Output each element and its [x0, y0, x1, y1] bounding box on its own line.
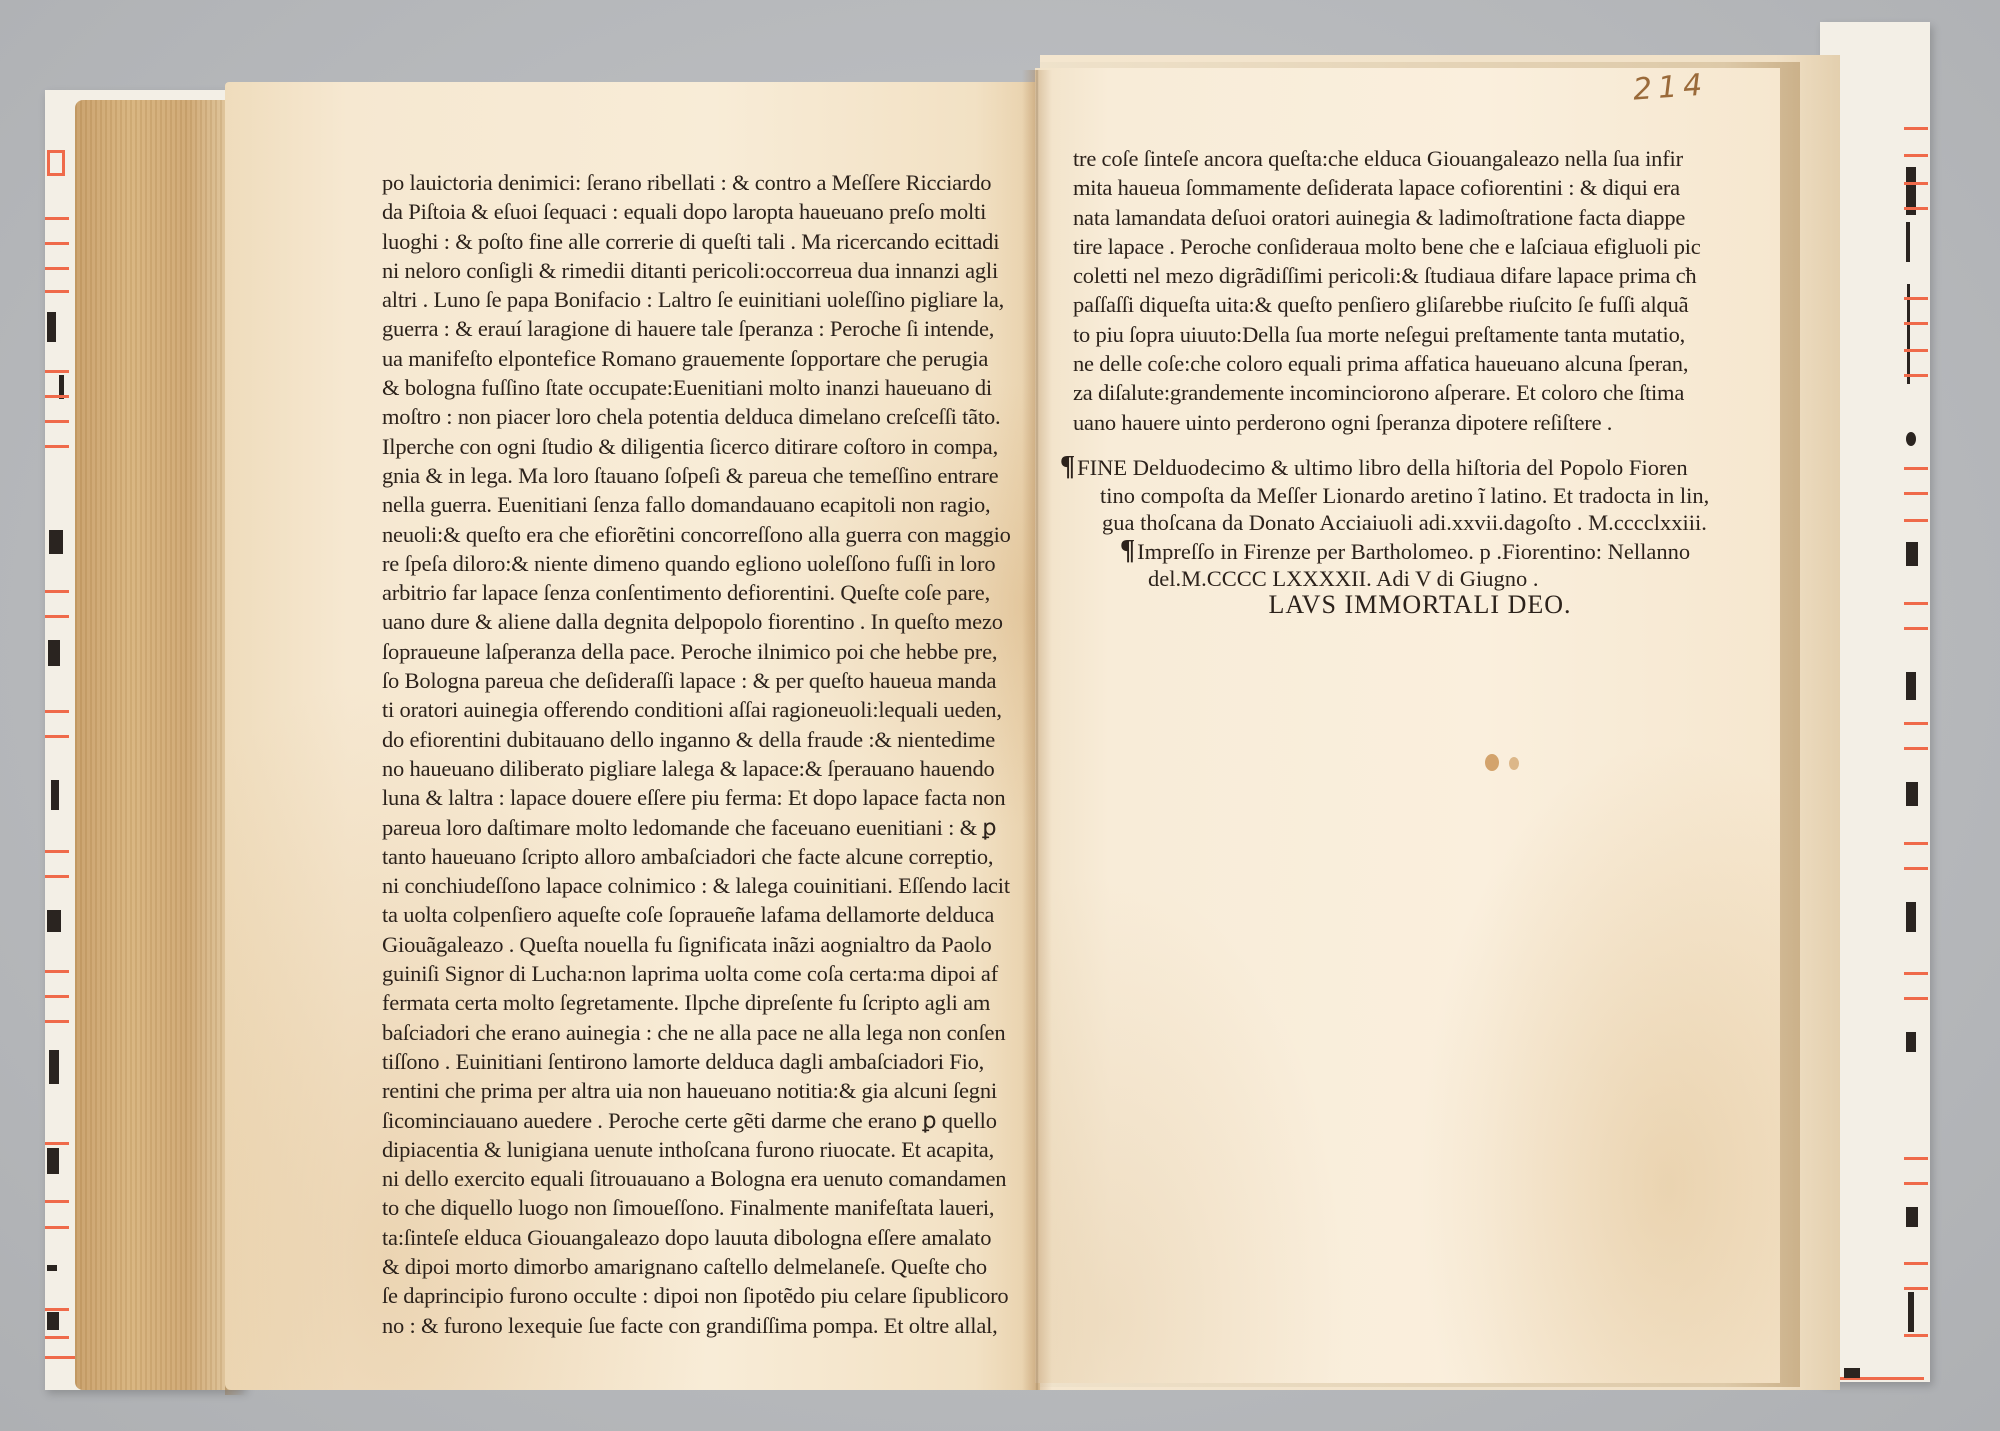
left-page-text: po lauictoria denimici: ſerano ribellati… — [382, 168, 1011, 1340]
text-line: tre coſe ſinteſe ancora queſta:che elduc… — [1073, 144, 1701, 173]
text-line: moſtro : non piacer loro chela potentia … — [382, 402, 1011, 431]
text-line: tiſſono . Euinitiani ſentirono lamorte d… — [382, 1047, 1011, 1076]
text-line: coletti nel mezo digrãdiſſimi pericoli:&… — [1073, 261, 1701, 290]
text-line: uano dure & aliene dalla degnita delpopo… — [382, 607, 1011, 636]
book-gutter — [1022, 70, 1052, 1390]
text-line: paſſaſſi diqueſta uita:& queſto penſiero… — [1073, 290, 1701, 319]
text-line: ta:ſinteſe elduca Giouangaleazo dopo lau… — [382, 1223, 1011, 1252]
text-line: luoghi : & poſto fine alle correrie di q… — [382, 227, 1011, 256]
text-line: fermata certa molto ſegretamente. Ilpche… — [382, 988, 1011, 1017]
decorative-stripe-right — [1904, 22, 1930, 1382]
text-line: da Piſtoia & eſuoi ſequaci : equali dopo… — [382, 197, 1011, 226]
text-line: to piu ſopra uiuuto:Della ſua morte neſe… — [1073, 320, 1701, 349]
foxing-stain — [1485, 754, 1499, 771]
pilcrow-icon: ¶ — [1120, 535, 1135, 566]
text-line: no haueuano diliberato pigliare lalega &… — [382, 754, 1011, 783]
text-line: ni dello exercito equali ſitrouauano a B… — [382, 1164, 1011, 1193]
folio-number: 214 — [1632, 67, 1710, 107]
text-line: guiniſi Signor di Lucha:non laprima uolt… — [382, 959, 1011, 988]
text-line: baſciadori che erano auinegia : che ne a… — [382, 1018, 1011, 1047]
colophon-text: FINE Delduodecimo & ultimo libro della h… — [1077, 455, 1688, 480]
text-line: ni neloro conſigli & rimedii ditanti per… — [382, 256, 1011, 285]
text-line: neuoli:& queſto era che efiorẽtini conco… — [382, 520, 1011, 549]
text-line: nata lamandata deſuoi oratori auinegia &… — [1073, 203, 1701, 232]
colophon-line: gua thoſcana da Donato Acciaiuoli adi.xx… — [1060, 509, 1760, 537]
colophon-line: ¶Impreſſo in Firenze per Bartholomeo. p … — [1060, 537, 1760, 566]
text-line: po lauictoria denimici: ſerano ribellati… — [382, 168, 1011, 197]
text-line: & bologna fuſſino ſtate occupate:Eueniti… — [382, 373, 1011, 402]
decorative-stripe-left — [45, 90, 71, 1390]
text-line: ſicominciauano auedere . Peroche certe g… — [382, 1106, 1011, 1135]
text-line: rentini che prima per altra uia non haue… — [382, 1076, 1011, 1105]
text-line: altri . Luno ſe papa Bonifacio : Laltro … — [382, 285, 1011, 314]
text-line: ne delle coſe:che coloro equali prima af… — [1073, 349, 1701, 378]
colophon-text: Impreſſo in Firenze per Bartholomeo. p .… — [1137, 539, 1690, 564]
text-line: ſe daprincipio furono occulte : dipoi no… — [382, 1281, 1011, 1310]
text-line: Giouãgaleazo . Queſta nouella fu ſignifi… — [382, 930, 1011, 959]
text-line: mita haueua ſommamente deſiderata lapace… — [1073, 173, 1701, 202]
text-line: luna & laltra : lapace douere eſſere piu… — [382, 783, 1011, 812]
text-line: do efiorentini dubitauano dello inganno … — [382, 725, 1011, 754]
text-line: to che diquello luogo non ſimoueſſono. F… — [382, 1193, 1011, 1222]
text-line: no : & furono lexequie ſue facte con gra… — [382, 1311, 1011, 1340]
colophon-line: tino compoſta da Meſſer Lionardo aretino… — [1060, 482, 1760, 510]
colophon-line: del.M.CCCC LXXXXII. Adi V di Giugno . — [1060, 565, 1760, 593]
text-line: ta uolta colpenſiero aqueſte coſe ſoprau… — [382, 900, 1011, 929]
text-line: ua manifeſto elpontefice Romano grauemen… — [382, 344, 1011, 373]
foxing-stain — [1509, 757, 1519, 770]
right-page-text: tre coſe ſinteſe ancora queſta:che elduc… — [1073, 144, 1701, 437]
closing-invocation: LAVS IMMORTALI DEO. — [1000, 590, 1840, 620]
text-line: re ſpeſa diloro:& niente dimeno quando e… — [382, 549, 1011, 578]
fore-edge-page-block — [75, 100, 235, 1390]
text-line: tire lapace . Peroche conſideraua molto … — [1073, 232, 1701, 261]
text-line: dipiacentia & lunigiana uenute inthoſcan… — [382, 1135, 1011, 1164]
text-line: ni conchiudeſſono lapace colnimico : & l… — [382, 871, 1011, 900]
text-line: Ilperche con ogni ſtudio & diligentia ſi… — [382, 432, 1011, 461]
text-line: ti oratori auinegia offerendo conditioni… — [382, 695, 1011, 724]
text-line: guerra : & erauí laragione di hauere tal… — [382, 314, 1011, 343]
text-line: nella guerra. Euenitiani ſenza fallo dom… — [382, 490, 1011, 519]
colophon: ¶FINE Delduodecimo & ultimo libro della … — [1060, 453, 1760, 593]
text-line: za diſalute:grandemente incominciorono a… — [1073, 378, 1701, 407]
colophon-line: ¶FINE Delduodecimo & ultimo libro della … — [1060, 453, 1760, 482]
text-line: gnia & in lega. Ma loro ſtauano ſoſpeſi … — [382, 461, 1011, 490]
text-line: arbitrio far lapace ſenza conſentimento … — [382, 578, 1011, 607]
text-line: ſo Bologna pareua che deſideraſſi lapace… — [382, 666, 1011, 695]
pilcrow-icon: ¶ — [1060, 451, 1075, 482]
text-line: ſopraueune laſperanza della pace. Peroch… — [382, 637, 1011, 666]
text-line: tanto haueuano ſcripto alloro ambaſciado… — [382, 842, 1011, 871]
text-line: pareua loro daſtimare molto ledomande ch… — [382, 813, 1011, 842]
text-line: uano hauere uinto perderono ogni ſperanz… — [1073, 408, 1701, 437]
text-line: & dipoi morto dimorbo amarignano caſtell… — [382, 1252, 1011, 1281]
